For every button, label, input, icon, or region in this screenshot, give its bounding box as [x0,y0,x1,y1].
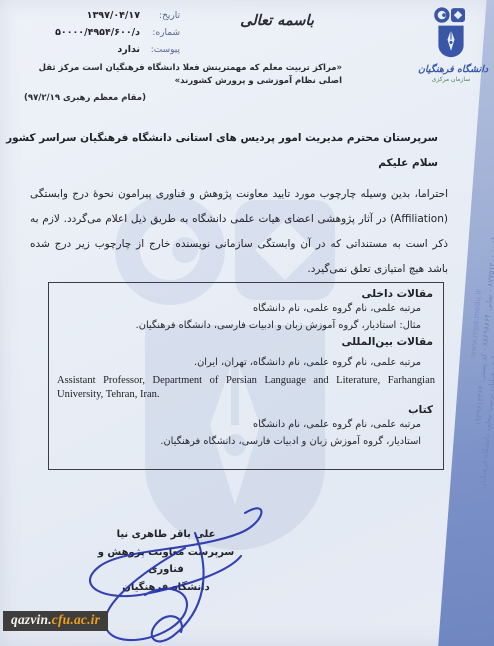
leader-quote-citation: (مقام معظم رهبری ۹۷/۲/۱۹) [24,93,342,103]
date-label: تاریخ: [140,11,180,21]
logo-university-name: دانشگاه فرهنگیان [418,64,484,75]
body-paragraph: احتراما، بدین وسیله چارچوب مورد تایید مع… [30,182,448,282]
leader-quote-block: «مراکز تربیت معلم که مهمترینش فعلا دانشگ… [24,62,342,103]
domestic-example-line: مثال: استادیار، گروه آموزش زبان و ادبیات… [57,318,421,334]
recipient-line: سرپرستان محترم مدیریت امور پردیس های است… [6,132,438,144]
international-format-line: مرتبه علمی، نام گروه علمی، نام دانشگاه، … [57,355,421,371]
affiliation-box: مقالات داخلی مرتبه علمی، نام گروه علمی، … [48,282,444,470]
qazvin-watermark: qazvin.cfu.ac.ir [3,611,108,631]
attachment-value: ندارد [117,44,140,55]
qazvin-watermark-domain: cfu.ac.ir [52,612,100,627]
university-emblem-icon [430,6,472,62]
meta-row-attachment: پیوست: ندارد [30,44,180,61]
salutation-line: سلام علیکم [378,157,438,169]
section-title-domestic-articles: مقالات داخلی [57,288,433,300]
number-value: د/۵۰۰۰۰/۴۹۵۴/۶۰۰ [55,27,140,38]
section-title-international-articles: مقالات بین‌المللی [57,336,433,348]
date-value: ۱۳۹۷/۰۴/۱۷ [87,10,140,21]
meta-row-date: تاریخ: ۱۳۹۷/۰۴/۱۷ [30,10,180,27]
book-example-line: استادیار، گروه آموزش زبان و ادبیات فارسی… [57,434,421,450]
book-format-line: مرتبه علمی، نام گروه علمی، نام دانشگاه [57,417,421,433]
letter-meta-block: تاریخ: ۱۳۹۷/۰۴/۱۷ شماره: د/۵۰۰۰۰/۴۹۵۴/۶۰… [30,10,180,61]
section-title-book: کتاب [57,404,433,416]
number-label: شماره: [140,28,180,38]
attachment-label: پیوست: [140,45,180,55]
letterhead-logo: دانشگاه فرهنگیان سازمان مرکزی [418,6,484,83]
domestic-format-line: مرتبه علمی، نام گروه علمی، نام دانشگاه [57,301,421,317]
scanned-letter-page: دانشگاه فرهنگیان سازمان مرکزی باسمه تعال… [0,0,494,646]
qazvin-watermark-prefix: qazvin. [11,612,52,627]
meta-row-number: شماره: د/۵۰۰۰۰/۴۹۵۴/۶۰۰ [30,27,180,44]
logo-org-name: سازمان مرکزی [418,76,484,83]
international-english-example: Assistant Professor, Department of Persi… [57,374,435,402]
leader-quote: «مراکز تربیت معلم که مهمترینش فعلا دانشگ… [24,62,342,88]
besmellah-calligraphy: باسمه تعالی [212,13,342,29]
